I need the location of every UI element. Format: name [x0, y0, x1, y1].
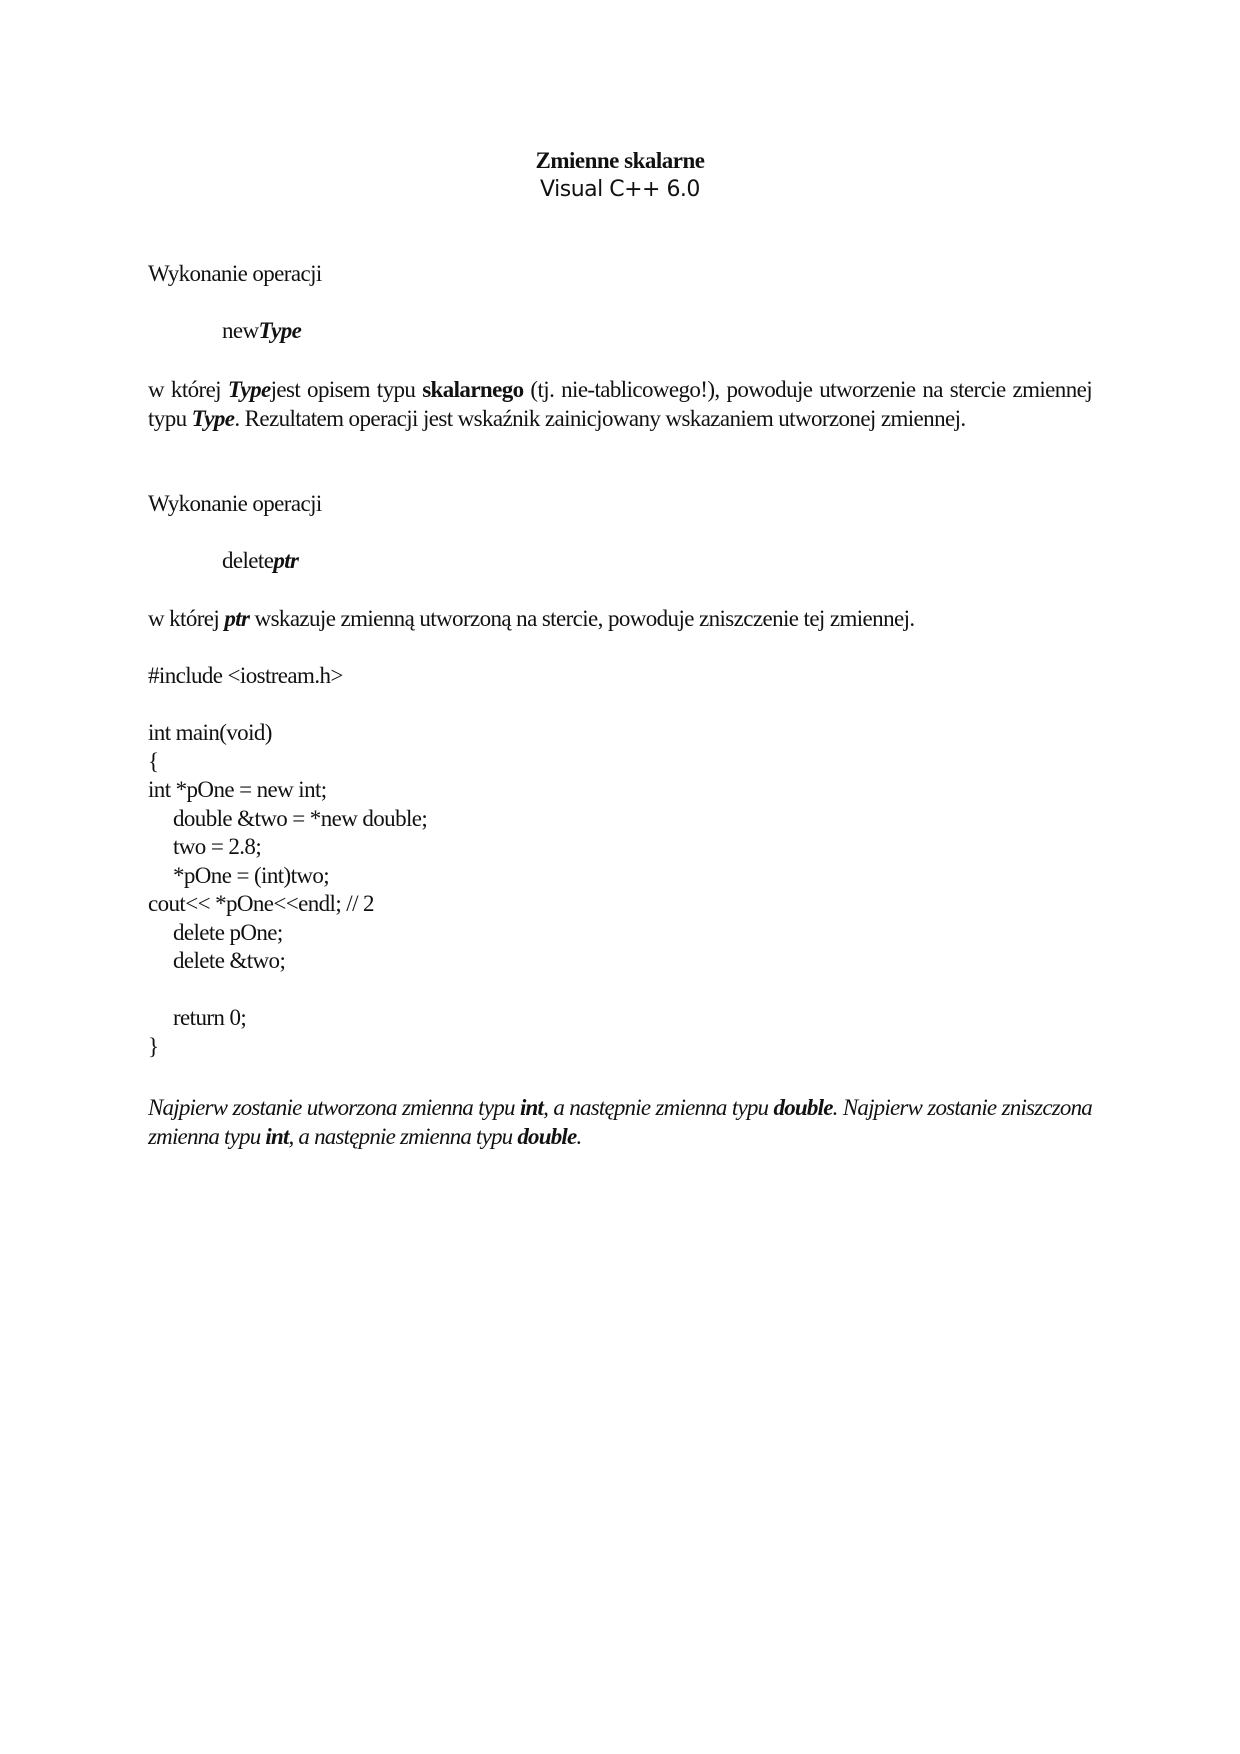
expr-keyword: new — [222, 318, 259, 343]
desc-type-emph: Type — [192, 406, 235, 431]
section1-expression: newType — [222, 318, 301, 344]
document-page: Zmienne skalarne Visual C++ 6.0 Wykonani… — [0, 0, 1240, 1754]
section2-expression: deleteptr — [222, 548, 298, 574]
conclusion-text: . — [576, 1124, 581, 1149]
section2-intro: Wykonanie operacji — [148, 491, 322, 517]
section2-description: w której ptr wskazuje zmienną utworzoną … — [148, 606, 915, 632]
code-line: delete &two; — [173, 948, 285, 974]
desc-text: wskazuje zmienną utworzoną na stercie, p… — [249, 606, 914, 631]
desc-scalar-bold: skalarnego — [422, 377, 523, 402]
document-title: Zmienne skalarne — [0, 148, 1240, 174]
code-line: two = 2.8; — [173, 834, 261, 860]
section1-intro: Wykonanie operacji — [148, 261, 322, 287]
desc-text: w której — [148, 606, 224, 631]
conclusion-type-int: int — [520, 1095, 543, 1120]
expr-ptr: ptr — [273, 548, 298, 573]
code-line: double &two = *new double; — [173, 806, 427, 832]
conclusion-type-int: int — [265, 1124, 288, 1149]
code-line: #include <iostream.h> — [148, 663, 343, 689]
code-line: int *pOne = new int; — [148, 777, 327, 803]
section1-description: w której Typejest opisem typu skalarnego… — [148, 376, 1092, 433]
code-line: { — [148, 749, 158, 775]
desc-text: . Rezultatem operacji jest wskaźnik zain… — [234, 406, 965, 431]
expr-keyword: delete — [222, 548, 273, 573]
conclusion-text: Najpierw zostanie utworzona zmienna typu — [148, 1095, 520, 1120]
code-line: *pOne = (int)two; — [173, 863, 329, 889]
conclusion-type-double: double — [774, 1095, 833, 1120]
conclusion-text: , a następnie zmienna typu — [289, 1124, 518, 1149]
conclusion-paragraph: Najpierw zostanie utworzona zmienna typu… — [148, 1094, 1092, 1151]
conclusion-type-double: double — [517, 1124, 576, 1149]
code-line: } — [148, 1034, 158, 1060]
conclusion-text: , a następnie zmienna typu — [543, 1095, 773, 1120]
desc-text: w której — [148, 377, 228, 402]
code-line: int main(void) — [148, 720, 272, 746]
code-line: cout<< *pOne<<endl; // 2 — [148, 891, 374, 917]
document-subtitle: Visual C++ 6.0 — [0, 177, 1240, 202]
code-line: delete pOne; — [173, 920, 283, 946]
desc-text: jest opisem typu — [271, 377, 423, 402]
desc-ptr-emph: ptr — [224, 606, 249, 631]
code-line: return 0; — [173, 1005, 246, 1031]
desc-type-emph: Type — [228, 377, 271, 402]
expr-type: Type — [259, 318, 302, 343]
